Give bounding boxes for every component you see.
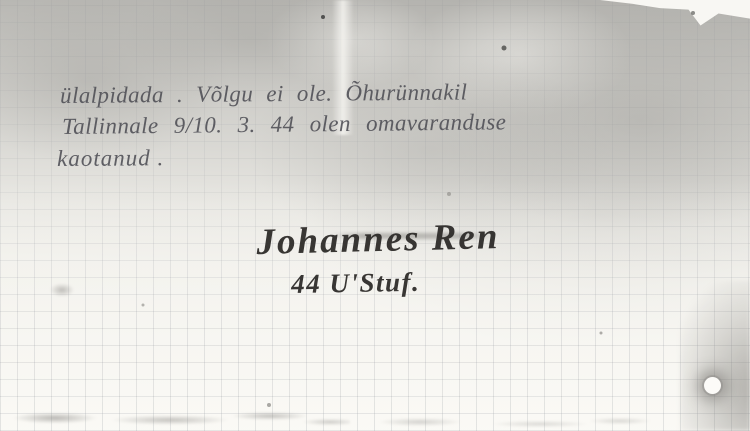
scanned-document: ülalpidada . Võlgu ei ole. Õhurünnakil T… xyxy=(0,0,750,431)
paper-mottling xyxy=(0,0,750,431)
handwritten-line-1: ülalpidada . Võlgu ei ole. Õhurünnakil xyxy=(60,79,468,108)
punch-hole xyxy=(704,377,721,394)
signature-rank: 44 U'Stuf. xyxy=(291,268,421,300)
smudge-bottom-left xyxy=(10,406,350,428)
smudge-bottom-middle xyxy=(360,414,660,430)
smudge-mid-left xyxy=(44,278,80,302)
signature-name: Johannes Ren xyxy=(256,217,500,264)
handwritten-line-2: Tallinnale 9/10. 3. 44 olen omavaranduse xyxy=(62,109,506,139)
scan-shadow-texture xyxy=(0,0,750,431)
squared-grid-overlay xyxy=(0,0,750,431)
paper-light-area xyxy=(0,0,750,431)
torn-corner xyxy=(600,0,750,30)
handwritten-line-3: kaotanud . xyxy=(57,145,164,171)
shadow-bottom-right xyxy=(680,281,750,431)
ink-specks xyxy=(0,0,2,2)
